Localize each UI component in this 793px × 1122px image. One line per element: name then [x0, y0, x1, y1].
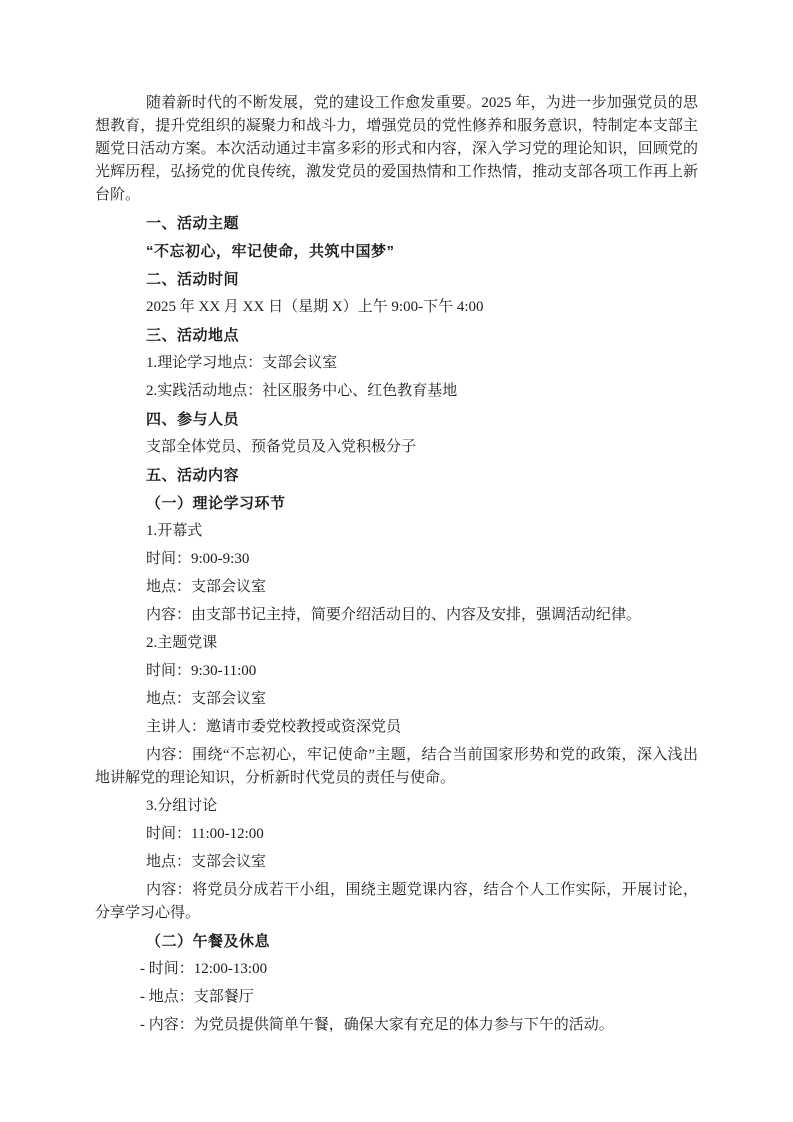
document-page: 随着新时代的不断发展，党的建设工作愈发重要。2025 年，为进一步加强党员的思想…	[0, 0, 793, 1122]
paragraph: 二、活动时间	[95, 268, 698, 291]
paragraph: （一）理论学习环节	[95, 492, 698, 515]
paragraph: 1.开幕式	[95, 520, 698, 543]
paragraph: 五、活动内容	[95, 464, 698, 487]
paragraph: 时间：11:00-12:00	[95, 823, 698, 846]
paragraph: 2025 年 XX 月 XX 日（星期 X）上午 9:00-下午 4:00	[95, 296, 698, 319]
paragraph: 内容：由支部书记主持，简要介绍活动目的、内容及安排，强调活动纪律。	[95, 604, 698, 627]
paragraph: - 地点：支部餐厅	[95, 986, 698, 1009]
paragraph: 地点：支部会议室	[95, 576, 698, 599]
paragraph: - 时间：12:00-13:00	[95, 958, 698, 981]
paragraph: “不忘初心，牢记使命，共筑中国梦”	[95, 240, 698, 263]
paragraph: 3.分组讨论	[95, 795, 698, 818]
paragraph: 内容：围绕“不忘初心，牢记使命”主题，结合当前国家形势和党的政策，深入浅出地讲解…	[95, 744, 698, 790]
paragraph: （二）午餐及休息	[95, 930, 698, 953]
paragraph: 三、活动地点	[95, 324, 698, 347]
paragraph: 主讲人：邀请市委党校教授或资深党员	[95, 716, 698, 739]
paragraph: 一、活动主题	[95, 212, 698, 235]
document-body: 随着新时代的不断发展，党的建设工作愈发重要。2025 年，为进一步加强党员的思想…	[95, 92, 698, 1037]
paragraph: 2.实践活动地点：社区服务中心、红色教育基地	[95, 380, 698, 403]
paragraph: 支部全体党员、预备党员及入党积极分子	[95, 436, 698, 459]
paragraph: - 内容：为党员提供简单午餐，确保大家有充足的体力参与下午的活动。	[95, 1014, 698, 1037]
paragraph: 地点：支部会议室	[95, 851, 698, 874]
paragraph: 地点：支部会议室	[95, 688, 698, 711]
paragraph: 时间：9:30-11:00	[95, 660, 698, 683]
paragraph: 2.主题党课	[95, 632, 698, 655]
paragraph: 时间：9:00-9:30	[95, 548, 698, 571]
paragraph: 1.理论学习地点：支部会议室	[95, 352, 698, 375]
paragraph: 随着新时代的不断发展，党的建设工作愈发重要。2025 年，为进一步加强党员的思想…	[95, 92, 698, 207]
paragraph: 内容：将党员分成若干小组，围绕主题党课内容，结合个人工作实际，开展讨论，分享学习…	[95, 879, 698, 925]
paragraph: 四、参与人员	[95, 408, 698, 431]
